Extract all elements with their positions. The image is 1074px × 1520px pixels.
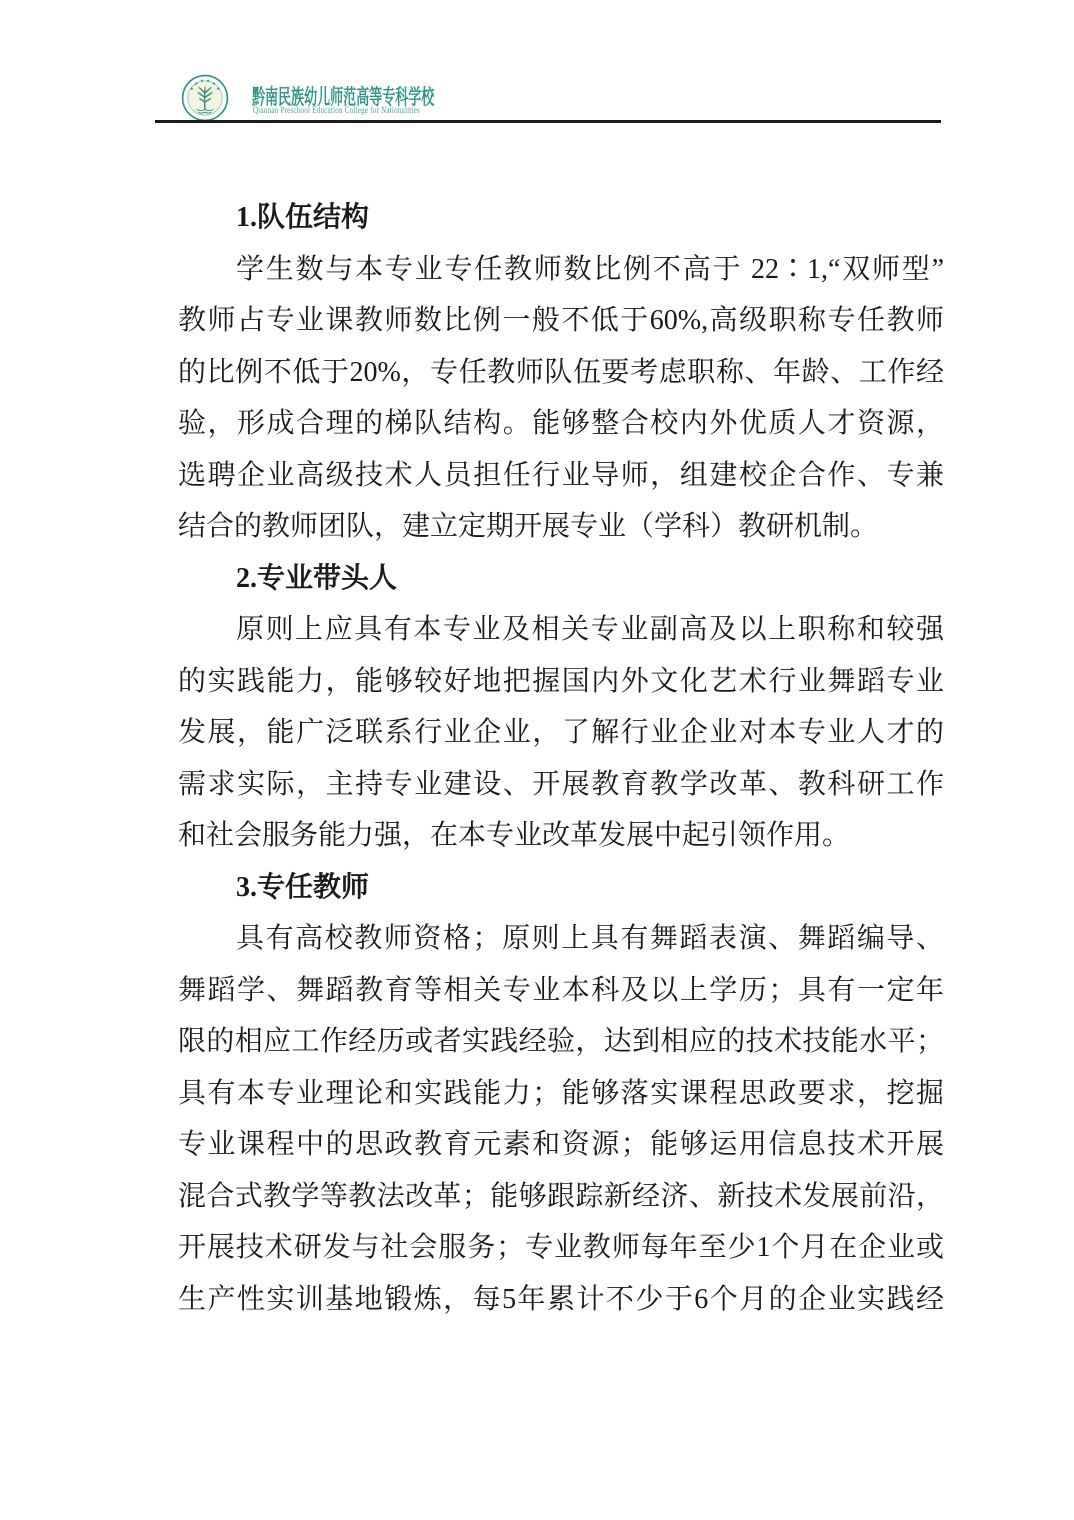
text-line: 学生数与本专业专任教师数比例不高于 22∶1,“双师型” <box>178 244 944 296</box>
text-line: 选聘企业高级技术人员担任行业导师，组建校企合作、专兼 <box>178 450 944 502</box>
document-page: 黔南民族幼儿师范高等专科学校 Qiannan Preschool Educati… <box>0 0 1074 1520</box>
text-line: 需求实际，主持专业建设、开展教育教学改革、教科研工作 <box>178 759 944 811</box>
text-line: 和社会服务能力强，在本专业改革发展中起引领作用。 <box>178 810 944 862</box>
header-divider <box>155 120 941 123</box>
text-line: 限的相应工作经历或者实践经验，达到相应的技术技能水平； <box>178 1016 944 1068</box>
text-line: 原则上应具有本专业及相关专业副高及以上职称和较强 <box>178 604 944 656</box>
school-logo-icon <box>181 74 229 122</box>
text-line: 的比例不低于20%，专任教师队伍要考虑职称、年龄、工作经 <box>178 347 944 399</box>
text-line: 教师占专业课教师数比例一般不低于60%,高级职称专任教师 <box>178 295 944 347</box>
text-line: 验，形成合理的梯队结构。能够整合校内外优质人才资源， <box>178 398 944 450</box>
text-line: 舞蹈学、舞蹈教育等相关专业本科及以上学历；具有一定年 <box>178 965 944 1017</box>
text-line: 具有高校教师资格；原则上具有舞蹈表演、舞蹈编导、 <box>178 913 944 965</box>
text-line: 生产性实训基地锻炼，每5年累计不少于6个月的企业实践经 <box>178 1274 944 1326</box>
text-line: 发展，能广泛联系行业企业，了解行业企业对本专业人才的 <box>178 707 944 759</box>
section-heading: 2.专业带头人 <box>178 553 944 605</box>
text-line: 具有本专业理论和实践能力；能够落实课程思政要求，挖掘 <box>178 1068 944 1120</box>
text-line: 结合的教师团队，建立定期开展专业（学科）教研机制。 <box>178 501 944 553</box>
text-line: 混合式教学等教法改革；能够跟踪新经济、新技术发展前沿， <box>178 1171 944 1223</box>
text-line: 的实践能力，能够较好地把握国内外文化艺术行业舞蹈专业 <box>178 656 944 708</box>
text-line: 专业课程中的思政教育元素和资源；能够运用信息技术开展 <box>178 1119 944 1171</box>
section-heading: 3.专任教师 <box>178 862 944 914</box>
text-line: 开展技术研发与社会服务；专业教师每年至少1个月在企业或 <box>178 1222 944 1274</box>
document-body: 1.队伍结构学生数与本专业专任教师数比例不高于 22∶1,“双师型”教师占专业课… <box>178 192 944 1325</box>
section-heading: 1.队伍结构 <box>178 192 944 244</box>
school-name-english: Qiannan Preschool Education College for … <box>253 105 420 115</box>
